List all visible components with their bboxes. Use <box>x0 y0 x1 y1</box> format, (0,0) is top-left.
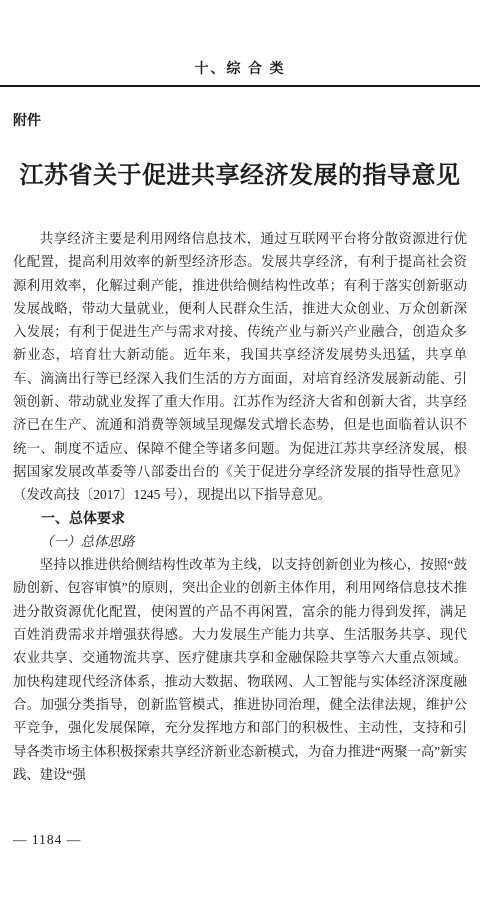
page-number: — 1184 — <box>13 832 81 848</box>
document-title: 江苏省关于促进共享经济发展的指导意见 <box>13 161 467 191</box>
section-subheading-overall-approach: （一）总体思路 <box>13 530 467 553</box>
attachment-label: 附件 <box>13 110 467 130</box>
paragraph-intro: 共享经济主要是利用网络信息技术，通过互联网平台将分散资源进行优化配置，提高利用效… <box>13 227 467 507</box>
paragraph-overall-approach: 坚持以推进供给侧结构性改革为主线，以支持创新创业为核心，按照“鼓励创新、包容审慎… <box>13 553 467 786</box>
document-page: 十、综 合 类 附件 江苏省关于促进共享经济发展的指导意见 共享经济主要是利用网… <box>0 0 480 906</box>
category-header: 十、综 合 类 <box>0 0 480 78</box>
document-body: 共享经济主要是利用网络信息技术，通过互联网平台将分散资源进行优化配置，提高利用效… <box>13 227 467 786</box>
section-heading-overall-requirements: 一、总体要求 <box>13 507 467 530</box>
header-rule-divider <box>0 85 480 87</box>
